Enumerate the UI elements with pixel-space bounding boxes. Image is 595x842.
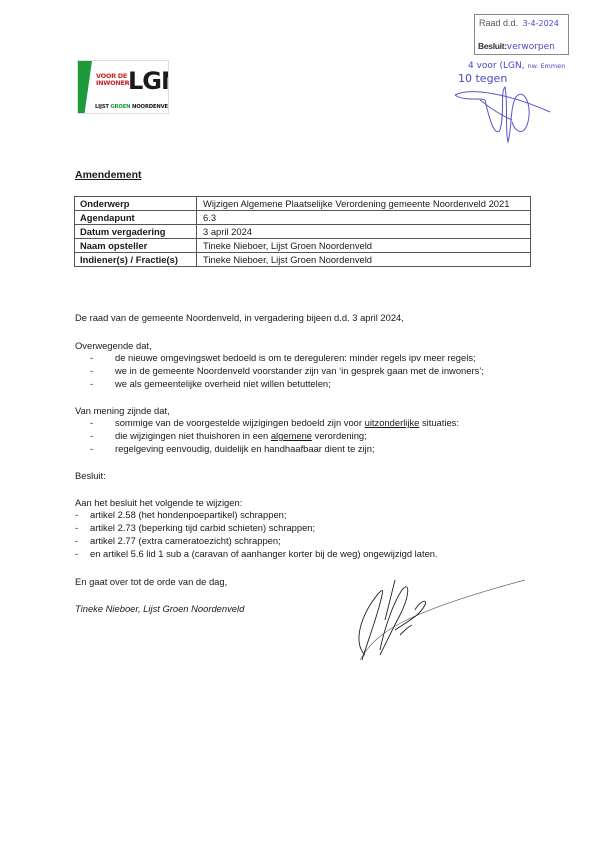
table-key: Onderwerp [75, 197, 197, 211]
dash-bullet: - [75, 547, 78, 560]
dash-bullet: - [90, 429, 93, 442]
dash-bullet: - [75, 521, 78, 534]
council-decision-stamp: Raad d.d. 3-4-2024 Besluit:verworpen [474, 14, 569, 55]
overwegende-list: -de nieuwe omgevingswet bedoeld is om te… [90, 351, 484, 390]
table-value: Wijzigen Algemene Plaatselijke Verordeni… [197, 197, 531, 211]
logo-line2: INWONER [96, 80, 129, 87]
dash-bullet: - [90, 442, 93, 455]
dash-bullet: - [90, 364, 93, 377]
table-key: Agendapunt [75, 211, 197, 225]
list-item-text: de nieuwe omgevingswet bedoeld is om te … [115, 352, 476, 363]
list-item-text: artikel 2.58 (het hondenpoepartikel) sch… [90, 509, 286, 520]
list-item-text: en artikel 5.6 lid 1 sub a (caravan of a… [90, 548, 438, 559]
table-value: 3 april 2024 [197, 225, 531, 239]
stamp-besluit-value: verworpen [507, 42, 555, 52]
intro-paragraph: De raad van de gemeente Noordenveld, in … [75, 311, 404, 324]
logo-voor-de-inwoner: VOOR DE INWONER [96, 73, 129, 87]
list-item-text: artikel 2.77 (extra cameratoezicht) schr… [90, 535, 281, 546]
table-key: Naam opsteller [75, 239, 197, 253]
logo-mark: LGN [128, 67, 169, 95]
list-item-text: we in de gemeente Noordenveld voorstande… [115, 365, 484, 376]
stamp-besluit-row: Besluit:verworpen [478, 41, 555, 52]
dash-bullet: - [90, 416, 93, 429]
list-item-text: situaties: [419, 417, 459, 428]
list-item-text: sommige van de voorgestelde wijzigingen … [115, 417, 365, 428]
logo-tagline: LIJST GROEN NOORDENVELD [95, 104, 169, 110]
stamp-raad-label: Raad d.d. [479, 18, 518, 28]
logo-green-stripe [78, 61, 92, 114]
table-row: Onderwerp Wijzigen Algemene Plaatselijke… [75, 197, 531, 211]
chair-signature-icon [450, 82, 560, 152]
table-key: Datum vergadering [75, 225, 197, 239]
van-mening-list: -sommige van de voorgestelde wijzigingen… [90, 416, 459, 455]
list-item: -sommige van de voorgestelde wijzigingen… [90, 416, 459, 429]
vote-for-text: 4 voor (LGN, [468, 61, 525, 71]
list-item-text: artikel 2.73 (beperking tijd carbid schi… [90, 522, 315, 533]
list-item: -artikel 2.58 (het hondenpoepartikel) sc… [75, 508, 438, 521]
list-item: -artikel 2.77 (extra cameratoezicht) sch… [75, 534, 438, 547]
vote-for-parties: nw. Emmen [527, 62, 565, 70]
list-item: -artikel 2.73 (beperking tijd carbid sch… [75, 521, 438, 534]
table-value: 6.3 [197, 211, 531, 225]
besluit-heading: Besluit: [75, 469, 106, 482]
dash-bullet: - [90, 351, 93, 364]
dash-bullet: - [75, 534, 78, 547]
logo-tagline-2: NOORDENVELD [130, 104, 169, 110]
list-item-text: verordening; [312, 430, 367, 441]
author-signature-icon [340, 575, 530, 665]
underlined-word: uitzonderlijke [365, 417, 420, 428]
signatory-name: Tineke Nieboer, Lijst Groen Noordenveld [75, 602, 244, 615]
list-item: -regelgeving eenvoudig, duidelijk en han… [90, 442, 459, 455]
lgn-logo: VOOR DE INWONER LGN LIJST GROEN NOORDENV… [77, 60, 169, 114]
list-item: -we als gemeentelijke overheid niet will… [90, 377, 484, 390]
list-item: -en artikel 5.6 lid 1 sub a (caravan of … [75, 547, 438, 560]
stamp-besluit-label: Besluit: [478, 41, 507, 51]
list-item-text: die wijzigingen niet thuishoren in een [115, 430, 271, 441]
document-title: Amendement [75, 169, 142, 181]
table-row: Naam opsteller Tineke Nieboer, Lijst Gro… [75, 239, 531, 253]
stamp-raad-row: Raad d.d. 3-4-2024 [479, 18, 559, 28]
vote-annotation-for: 4 voor (LGN, nw. Emmen [468, 61, 565, 71]
closing-line: En gaat over tot de orde van de dag, [75, 575, 227, 588]
list-item-text: we als gemeentelijke overheid niet wille… [115, 378, 331, 389]
underlined-word: algemene [271, 430, 312, 441]
list-item-text: regelgeving eenvoudig, duidelijk en hand… [115, 443, 375, 454]
table-row: Indiener(s) / Fractie(s) Tineke Nieboer,… [75, 253, 531, 267]
logo-tagline-green: GROEN [110, 104, 130, 110]
dash-bullet: - [75, 508, 78, 521]
table-key: Indiener(s) / Fractie(s) [75, 253, 197, 267]
logo-tagline-1: LIJST [95, 104, 110, 110]
list-item: -die wijzigingen niet thuishoren in een … [90, 429, 459, 442]
table-value: Tineke Nieboer, Lijst Groen Noordenveld [197, 239, 531, 253]
dash-bullet: - [90, 377, 93, 390]
list-item: -de nieuwe omgevingswet bedoeld is om te… [90, 351, 484, 364]
table-row: Datum vergadering 3 april 2024 [75, 225, 531, 239]
wijzigen-list: -artikel 2.58 (het hondenpoepartikel) sc… [75, 508, 438, 560]
amendment-info-table: Onderwerp Wijzigen Algemene Plaatselijke… [74, 196, 531, 267]
table-row: Agendapunt 6.3 [75, 211, 531, 225]
table-value: Tineke Nieboer, Lijst Groen Noordenveld [197, 253, 531, 267]
list-item: -we in de gemeente Noordenveld voorstand… [90, 364, 484, 377]
stamp-raad-date: 3-4-2024 [523, 19, 559, 28]
